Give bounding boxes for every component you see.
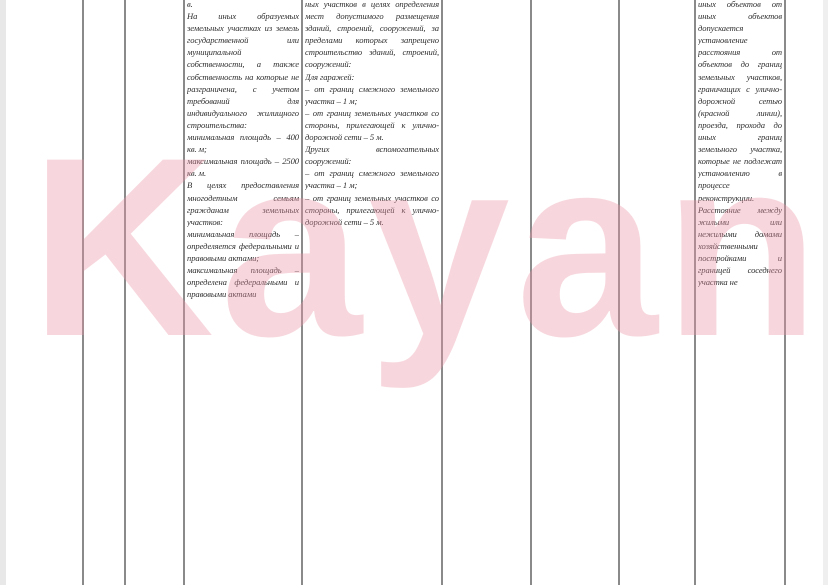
table-cell-col6 <box>534 0 615 585</box>
table-column-divider <box>124 0 126 585</box>
table-column-divider <box>82 0 84 585</box>
table-cell-col2 <box>86 0 121 585</box>
scanned-document-page: в. На иных образуемых земельных участках… <box>0 0 828 585</box>
table-cell-col7: иных объектов от иных объектов допускает… <box>698 0 782 583</box>
table-column-divider <box>183 0 185 585</box>
table-column-divider <box>441 0 443 585</box>
table-cell-col4: ных участков в целях определения мест до… <box>305 0 439 468</box>
table-cell-col5 <box>445 0 527 585</box>
cell-text: иных объектов от иных объектов допускает… <box>698 0 782 288</box>
cell-text: ных участков в целях определения мест до… <box>305 0 439 228</box>
table-cell-col3: в. На иных образуемых земельных участках… <box>187 0 299 583</box>
table-cell-col1 <box>9 0 79 585</box>
table-column-divider <box>301 0 303 585</box>
table-column-divider <box>694 0 696 585</box>
table-column-divider <box>784 0 786 585</box>
page-right-margin <box>823 0 828 585</box>
cell-text: в. На иных образуемых земельных участках… <box>187 0 299 300</box>
page-left-margin <box>0 0 6 585</box>
table-column-divider <box>530 0 532 585</box>
table-column-divider <box>618 0 620 585</box>
